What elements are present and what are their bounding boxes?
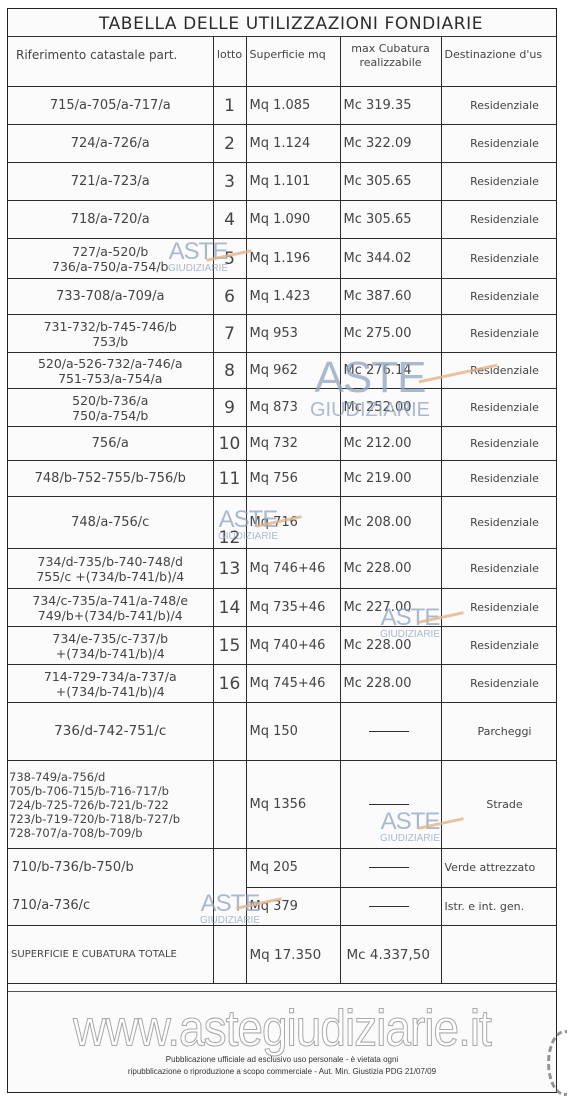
- table-row: 520/b-736/a750/a-754/b9Mq 873Mc 252.00Re…: [8, 389, 557, 427]
- publication-notice: Pubblicazione ufficiale ad esclusivo uso…: [8, 1054, 556, 1078]
- cell-riferimento: 721/a-723/a: [8, 163, 213, 201]
- ref-line: 723/b-719-720/b-718/b-727/b: [9, 812, 180, 826]
- cell-riferimento: 520/b-736/a750/a-754/b: [8, 389, 213, 427]
- table-row: 724/a-726/a2Mq 1.124Mc 322.09Residenzial…: [8, 125, 557, 163]
- header-destinazione: Destinazione d'us: [441, 37, 557, 87]
- cell-destinazione: Residenziale: [441, 589, 557, 627]
- notice-line-1: Pubblicazione ufficiale ad esclusivo uso…: [166, 1055, 398, 1064]
- header-lotto: lotto: [213, 37, 246, 87]
- cell-cubatura: Mc 252.00: [340, 389, 441, 427]
- ref-line: 751-753/a-754/a: [58, 371, 162, 386]
- cell-cubatura: Mc 387.60: [340, 279, 441, 315]
- table-row-parcheggi: 736/d-742-751/c Mq 150 Parcheggi: [8, 703, 557, 761]
- cell-lotto: [213, 761, 246, 849]
- table-row: 734/e-735/c-737/b+(734/b-741/b)/415Mq 74…: [8, 627, 557, 665]
- ref-line: 755/c +(734/b-741/b)/4: [36, 569, 184, 584]
- cell-superficie: Mq 716: [246, 497, 340, 549]
- cell-cubatura: Mc 305.65: [340, 163, 441, 201]
- cell-superficie: Mq 1356: [246, 761, 340, 849]
- table-row-verde: 710/b-736/b-750/b 710/a-736/c Mq 205 Ver…: [8, 849, 557, 888]
- cell-destinazione: Residenziale: [441, 389, 557, 427]
- cell-destinazione: [441, 926, 557, 984]
- ref-line: 753/b: [92, 334, 128, 349]
- cell-destinazione: Residenziale: [441, 239, 557, 279]
- cell-superficie: Mq 732: [246, 427, 340, 461]
- cell-lotto: 13: [213, 549, 246, 589]
- cell-cubatura: [340, 849, 441, 888]
- ref-istruzione: 710/a-736/c: [12, 898, 90, 913]
- cell-cubatura: Mc 305.65: [340, 201, 441, 239]
- cell-destinazione: Residenziale: [441, 627, 557, 665]
- table-row: 714-729-734/a-737/a+(734/b-741/b)/416Mq …: [8, 665, 557, 703]
- table-row: 748/b-752-755/b-756/b11Mq 756Mc 219.00Re…: [8, 461, 557, 497]
- cell-destinazione: Residenziale: [441, 201, 557, 239]
- table-row: 734/d-735/b-740-748/d755/c +(734/b-741/b…: [8, 549, 557, 589]
- dash-empty-value: [369, 906, 409, 907]
- total-label: SUPERFICIE E CUBATURA TOTALE: [8, 926, 213, 984]
- cell-superficie: Mq 740+46: [246, 627, 340, 665]
- ref-line: 733-708/a-709/a: [56, 289, 165, 304]
- ref-line: +(734/b-741/b)/4: [56, 684, 165, 699]
- cell-superficie: Mq 746+46: [246, 549, 340, 589]
- dash-empty-value: [369, 867, 409, 868]
- ref-line: 738-749/a-756/d: [9, 770, 105, 784]
- cell-cubatura: Mc 219.00: [340, 461, 441, 497]
- cell-superficie: Mq 379: [246, 887, 340, 926]
- cell-destinazione: Residenziale: [441, 665, 557, 703]
- table-row: 727/a-520/b736/a-750/a-754/b5Mq 1.196Mc …: [8, 239, 557, 279]
- ref-line: 705/b-706-715/b-716-717/b: [9, 784, 169, 798]
- cell-superficie: Mq 873: [246, 389, 340, 427]
- cell-riferimento: 738-749/a-756/d705/b-706-715/b-716-717/b…: [8, 761, 213, 849]
- watermark-url: www.astegiudiziarie.it: [8, 998, 556, 1057]
- table-body-extra: 736/d-742-751/c Mq 150 Parcheggi 738-749…: [8, 703, 557, 984]
- cell-cubatura: Mc 319.35: [340, 87, 441, 125]
- header-cubatura-line2: realizzabile: [359, 56, 421, 69]
- cell-riferimento: 724/a-726/a: [8, 125, 213, 163]
- cell-cubatura: Mc 228.00: [340, 549, 441, 589]
- table-row: 734/c-735/a-741/a-748/e749/b+(734/b-741/…: [8, 589, 557, 627]
- ref-line: 749/b+(734/b-741/b)/4: [38, 608, 183, 623]
- cell-riferimento: 715/a-705/a-717/a: [8, 87, 213, 125]
- document-sheet: TABELLA DELLE UTILIZZAZIONI FONDIARIE Ri…: [7, 8, 557, 1093]
- cell-lotto: [213, 703, 246, 761]
- cell-cubatura: Mc 322.09: [340, 125, 441, 163]
- document-title: TABELLA DELLE UTILIZZAZIONI FONDIARIE: [8, 9, 556, 37]
- cell-superficie: Mq 745+46: [246, 665, 340, 703]
- dash-empty-value: [369, 731, 409, 732]
- cell-superficie: Mq 205: [246, 849, 340, 888]
- ref-line: 756/a: [92, 436, 129, 451]
- table-body: 715/a-705/a-717/a1Mq 1.085Mc 319.35Resid…: [8, 87, 557, 703]
- cell-superficie: Mq 962: [246, 353, 340, 389]
- table-row: 733-708/a-709/a6Mq 1.423Mc 387.60Residen…: [8, 279, 557, 315]
- header-cubatura: max Cubatura realizzabile: [340, 37, 441, 87]
- total-superficie: Mq 17.350: [246, 926, 340, 984]
- cell-riferimento: 734/d-735/b-740-748/d755/c +(734/b-741/b…: [8, 549, 213, 589]
- cell-superficie: Mq 1.423: [246, 279, 340, 315]
- cell-lotto: 3: [213, 163, 246, 201]
- cell-riferimento: 734/c-735/a-741/a-748/e749/b+(734/b-741/…: [8, 589, 213, 627]
- table-row: 721/a-723/a3Mq 1.101Mc 305.65Residenzial…: [8, 163, 557, 201]
- cell-lotto: 10: [213, 427, 246, 461]
- cell-lotto: 12: [213, 497, 246, 549]
- cell-riferimento: 520/a-526-732/a-746/a751-753/a-754/a: [8, 353, 213, 389]
- cell-riferimento: 718/a-720/a: [8, 201, 213, 239]
- cell-riferimento: 714-729-734/a-737/a+(734/b-741/b)/4: [8, 665, 213, 703]
- ref-line: 718/a-720/a: [71, 212, 150, 227]
- ref-line: 736/a-750/a-754/b: [52, 259, 169, 274]
- ref-line: +(734/b-741/b)/4: [56, 646, 165, 661]
- ref-line: 721/a-723/a: [71, 174, 150, 189]
- cell-destinazione: Strade: [441, 761, 557, 849]
- ref-line: 734/c-735/a-741/a-748/e: [32, 593, 188, 608]
- cell-lotto: 16: [213, 665, 246, 703]
- cell-riferimento: 734/e-735/c-737/b+(734/b-741/b)/4: [8, 627, 213, 665]
- table-row-strade: 738-749/a-756/d705/b-706-715/b-716-717/b…: [8, 761, 557, 849]
- table-row: 756/a10Mq 732Mc 212.00Residenziale: [8, 427, 557, 461]
- cell-cubatura: Mc 344.02: [340, 239, 441, 279]
- cell-destinazione: Residenziale: [441, 497, 557, 549]
- cell-lotto: 14: [213, 589, 246, 627]
- cell-cubatura: Mc 276.14: [340, 353, 441, 389]
- cell-destinazione: Residenziale: [441, 87, 557, 125]
- watermark-footer: www.astegiudiziarie.it Pubblicazione uff…: [8, 991, 556, 1093]
- ref-line: 520/b-736/a: [72, 393, 148, 408]
- ref-verde: 710/b-736/b-750/b: [12, 860, 134, 875]
- cell-riferimento: 733-708/a-709/a: [8, 279, 213, 315]
- cell-lotto: 6: [213, 279, 246, 315]
- cell-superficie: Mq 1.124: [246, 125, 340, 163]
- cell-cubatura: Mc 275.00: [340, 315, 441, 353]
- cell-riferimento: 727/a-520/b736/a-750/a-754/b: [8, 239, 213, 279]
- cell-lotto: 15: [213, 627, 246, 665]
- ref-line: 727/a-520/b: [72, 244, 148, 259]
- ref-line: 750/a-754/b: [72, 408, 148, 423]
- cell-superficie: Mq 1.090: [246, 201, 340, 239]
- ref-line: 748/b-752-755/b-756/b: [35, 471, 186, 486]
- cell-superficie: Mq 150: [246, 703, 340, 761]
- ref-line: 520/a-526-732/a-746/a: [38, 356, 183, 371]
- table-row-totale: SUPERFICIE E CUBATURA TOTALE Mq 17.350 M…: [8, 926, 557, 984]
- cell-superficie: Mq 1.085: [246, 87, 340, 125]
- cell-destinazione: Residenziale: [441, 315, 557, 353]
- cell-destinazione: Istr. e int. gen.: [441, 887, 557, 926]
- cell-superficie: Mq 756: [246, 461, 340, 497]
- cell-superficie: Mq 1.196: [246, 239, 340, 279]
- ref-line: 734/d-735/b-740-748/d: [38, 554, 183, 569]
- cell-lotto: 9: [213, 389, 246, 427]
- table-row: 718/a-720/a4Mq 1.090Mc 305.65Residenzial…: [8, 201, 557, 239]
- cell-riferimento: 736/d-742-751/c: [8, 703, 213, 761]
- cell-lotto: 11: [213, 461, 246, 497]
- cell-destinazione: Residenziale: [441, 461, 557, 497]
- cell-cubatura: Mc 228.00: [340, 627, 441, 665]
- cell-riferimento: 748/b-752-755/b-756/b: [8, 461, 213, 497]
- header-superficie: Superficie mq: [246, 37, 340, 87]
- total-cubatura: Mc 4.337,50: [340, 926, 441, 984]
- cell-destinazione: Residenziale: [441, 353, 557, 389]
- cell-riferimento: 748/a-756/c: [8, 497, 213, 549]
- ref-line: 724/b-725-726/b-721/b-722: [9, 798, 169, 812]
- cell-destinazione: Residenziale: [441, 549, 557, 589]
- ref-line: 748/a-756/c: [71, 515, 149, 530]
- table-row: 748/a-756/c12Mq 716Mc 208.00Residenziale: [8, 497, 557, 549]
- land-use-table: Riferimento catastale part. lotto Superf…: [8, 37, 557, 984]
- cell-riferimento: 756/a: [8, 427, 213, 461]
- ref-line: 715/a-705/a-717/a: [50, 98, 171, 113]
- dash-empty-value: [369, 804, 409, 805]
- cell-superficie: Mq 735+46: [246, 589, 340, 627]
- cell-destinazione: Residenziale: [441, 279, 557, 315]
- cell-lotto: 7: [213, 315, 246, 353]
- cell-cubatura: Mc 208.00: [340, 497, 441, 549]
- ref-line: 714-729-734/a-737/a: [44, 669, 177, 684]
- cell-lotto: 2: [213, 125, 246, 163]
- ref-line: 728-707/a-708/b-709/b: [9, 826, 143, 840]
- header-riferimento: Riferimento catastale part.: [8, 37, 213, 87]
- cell-lotto: 1: [213, 87, 246, 125]
- ref-line: 724/a-726/a: [71, 136, 150, 151]
- cell-destinazione: Residenziale: [441, 427, 557, 461]
- table-header-row: Riferimento catastale part. lotto Superf…: [8, 37, 557, 87]
- cell-cubatura: Mc 228.00: [340, 665, 441, 703]
- cell-lotto: 8: [213, 353, 246, 389]
- cell-cubatura: [340, 761, 441, 849]
- table-row: 715/a-705/a-717/a1Mq 1.085Mc 319.35Resid…: [8, 87, 557, 125]
- cell-destinazione: Residenziale: [441, 163, 557, 201]
- cell-cubatura: [340, 703, 441, 761]
- ref-line: 734/e-735/c-737/b: [52, 631, 168, 646]
- cell-superficie: Mq 953: [246, 315, 340, 353]
- cell-riferimento: 731-732/b-745-746/b753/b: [8, 315, 213, 353]
- cell-riferimento-merged: 710/b-736/b-750/b 710/a-736/c: [8, 849, 213, 926]
- cell-cubatura: Mc 212.00: [340, 427, 441, 461]
- cell-destinazione: Residenziale: [441, 125, 557, 163]
- cell-lotto: 4: [213, 201, 246, 239]
- cell-cubatura: [340, 887, 441, 926]
- header-cubatura-line1: max Cubatura: [351, 42, 429, 55]
- cell-destinazione: Verde attrezzato: [441, 849, 557, 888]
- ref-line: 731-732/b-745-746/b: [44, 319, 177, 334]
- notice-line-2: ripubblicazione o riproduzione a scopo c…: [128, 1067, 436, 1076]
- table-row: 731-732/b-745-746/b753/b7Mq 953Mc 275.00…: [8, 315, 557, 353]
- cell-lotto-merged: [213, 849, 246, 926]
- cell-superficie: Mq 1.101: [246, 163, 340, 201]
- cell-lotto: [213, 926, 246, 984]
- cell-destinazione: Parcheggi: [441, 703, 557, 761]
